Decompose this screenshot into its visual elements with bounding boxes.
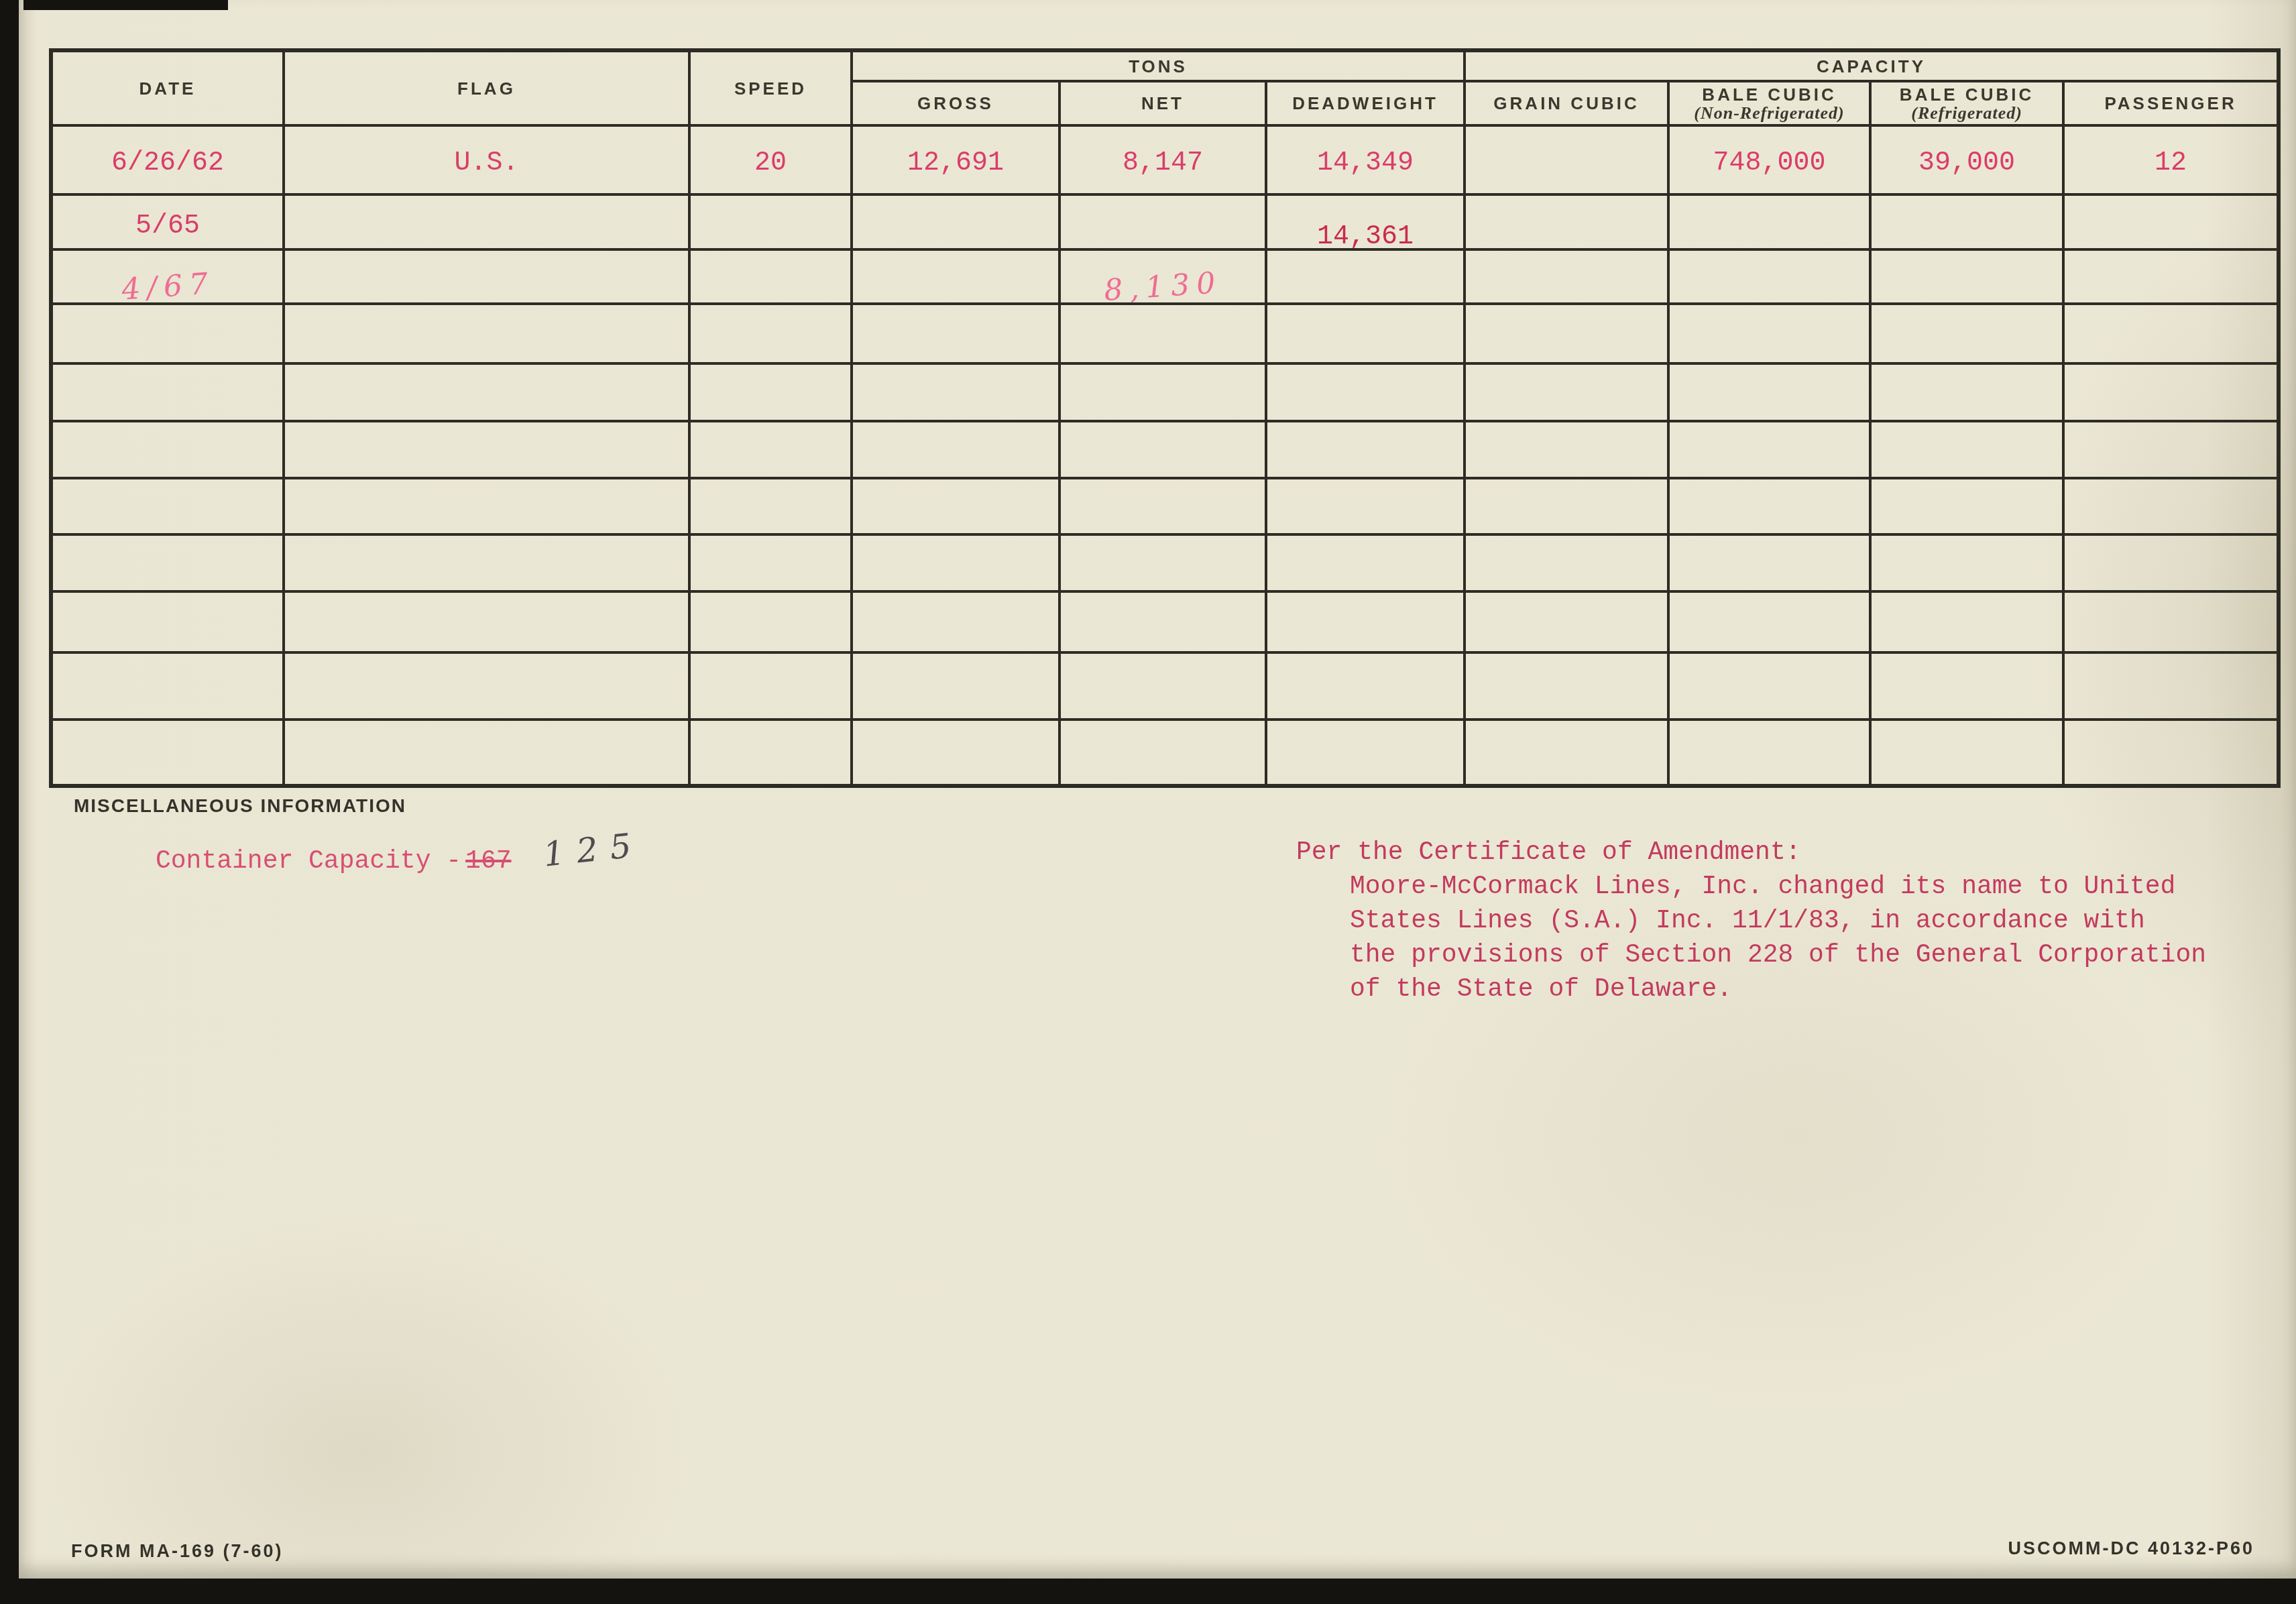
cell-grain-cubic xyxy=(1465,478,1668,534)
cell-value: U.S. xyxy=(454,148,518,178)
container-capacity-line: Container Capacity -167125 xyxy=(156,837,644,876)
cell-deadweight xyxy=(1266,534,1465,591)
container-capacity-old-value: 167 xyxy=(465,847,511,876)
col-header-date: DATE xyxy=(51,50,284,125)
amendment-line: Moore-McCormack Lines, Inc. changed its … xyxy=(1350,870,2206,904)
cell-gross: 12,691 xyxy=(852,125,1059,194)
amendment-line: States Lines (S.A.) Inc. 11/1/83, in acc… xyxy=(1350,904,2206,938)
cell-value: 39,000 xyxy=(1918,148,2015,178)
cell-value: 6/26/62 xyxy=(111,148,224,178)
cell-net xyxy=(1059,304,1266,363)
cell-grain-cubic xyxy=(1465,363,1668,421)
col-header-bale-ref: BALE CUBIC(Refrigerated) xyxy=(1870,81,2063,125)
cell-grain-cubic xyxy=(1465,249,1668,304)
cell-date xyxy=(51,652,284,720)
col-header-bale-nonref-label: BALE CUBIC xyxy=(1702,84,1836,105)
form-number: FORM MA-169 (7-60) xyxy=(71,1541,284,1562)
cell-grain-cubic xyxy=(1465,125,1668,194)
cell-value: 12,691 xyxy=(907,148,1004,178)
cell-flag xyxy=(284,249,689,304)
col-header-net: NET xyxy=(1059,81,1266,125)
cell-grain-cubic xyxy=(1465,194,1668,249)
cell-net xyxy=(1059,652,1266,720)
cell-date xyxy=(51,363,284,421)
cell-value: 20 xyxy=(754,148,787,178)
cell-gross xyxy=(852,591,1059,652)
cell-flag xyxy=(284,720,689,786)
cell-grain-cubic xyxy=(1465,591,1668,652)
cell-bale-nonref xyxy=(1668,194,1870,249)
cell-net xyxy=(1059,194,1266,249)
amendment-line: of the State of Delaware. xyxy=(1350,972,2206,1007)
col-header-flag: FLAG xyxy=(284,50,689,125)
cell-flag xyxy=(284,652,689,720)
table-body: 6/26/62U.S.2012,6918,14714,349748,00039,… xyxy=(51,125,2279,786)
cell-bale-ref xyxy=(1870,720,2063,786)
cell-net xyxy=(1059,534,1266,591)
cell-net xyxy=(1059,363,1266,421)
cell-deadweight xyxy=(1266,421,1465,478)
amendment-line: Per the Certificate of Amendment: xyxy=(1296,836,2206,870)
container-capacity-new-value: 125 xyxy=(541,825,645,874)
cell-date xyxy=(51,478,284,534)
cell-passenger xyxy=(2063,591,2279,652)
cell-date: 4/67 xyxy=(51,249,284,304)
cell-speed xyxy=(689,421,852,478)
cell-bale-nonref xyxy=(1668,720,1870,786)
cell-passenger xyxy=(2063,652,2279,720)
cell-speed xyxy=(689,363,852,421)
table-row xyxy=(51,304,2279,363)
cell-bale-ref: 39,000 xyxy=(1870,125,2063,194)
table-row xyxy=(51,591,2279,652)
group-header-tons: TONS xyxy=(852,50,1465,81)
cell-gross xyxy=(852,720,1059,786)
cell-date: 6/26/62 xyxy=(51,125,284,194)
cell-value: 8,147 xyxy=(1123,148,1203,178)
table-row xyxy=(51,534,2279,591)
cell-value: 748,000 xyxy=(1713,148,1826,178)
cell-speed xyxy=(689,591,852,652)
cell-speed xyxy=(689,534,852,591)
cell-value: 5/65 xyxy=(135,211,200,241)
cell-gross xyxy=(852,363,1059,421)
cell-speed xyxy=(689,194,852,249)
cell-value: 12 xyxy=(2155,148,2187,178)
cell-passenger: 12 xyxy=(2063,125,2279,194)
print-code: USCOMM-DC 40132-P60 xyxy=(2008,1538,2254,1559)
cell-gross xyxy=(852,249,1059,304)
table-row: 4/678,130 xyxy=(51,249,2279,304)
cell-deadweight xyxy=(1266,652,1465,720)
cell-passenger xyxy=(2063,478,2279,534)
cell-deadweight xyxy=(1266,363,1465,421)
cell-passenger xyxy=(2063,304,2279,363)
cell-bale-ref xyxy=(1870,652,2063,720)
cell-flag xyxy=(284,478,689,534)
cell-value: 8,130 xyxy=(1103,266,1223,308)
cell-bale-nonref xyxy=(1668,304,1870,363)
cell-bale-nonref xyxy=(1668,363,1870,421)
cell-bale-nonref xyxy=(1668,652,1870,720)
cell-date xyxy=(51,591,284,652)
cell-gross xyxy=(852,421,1059,478)
cell-grain-cubic xyxy=(1465,652,1668,720)
cell-speed xyxy=(689,478,852,534)
cell-bale-ref xyxy=(1870,249,2063,304)
cell-date xyxy=(51,304,284,363)
table-row xyxy=(51,652,2279,720)
cell-grain-cubic xyxy=(1465,304,1668,363)
table-row: 6/26/62U.S.2012,6918,14714,349748,00039,… xyxy=(51,125,2279,194)
cell-value: 4/67 xyxy=(120,266,215,307)
cell-bale-ref xyxy=(1870,363,2063,421)
cell-deadweight xyxy=(1266,720,1465,786)
cell-grain-cubic xyxy=(1465,421,1668,478)
cell-date: 5/65 xyxy=(51,194,284,249)
cell-flag xyxy=(284,534,689,591)
table-row xyxy=(51,720,2279,786)
cell-gross xyxy=(852,652,1059,720)
cell-flag xyxy=(284,304,689,363)
cell-passenger xyxy=(2063,249,2279,304)
table-row xyxy=(51,363,2279,421)
cell-bale-ref xyxy=(1870,194,2063,249)
col-header-grain-cubic: GRAIN CUBIC xyxy=(1465,81,1668,125)
cell-gross xyxy=(852,534,1059,591)
cell-value: 14,349 xyxy=(1317,148,1414,178)
cell-passenger xyxy=(2063,363,2279,421)
cell-bale-ref xyxy=(1870,304,2063,363)
cell-flag xyxy=(284,421,689,478)
container-capacity-label: Container Capacity - xyxy=(156,847,461,876)
col-header-bale-nonref-sublabel: (Non-Refrigerated) xyxy=(1670,105,1869,122)
table-row xyxy=(51,478,2279,534)
col-header-speed: SPEED xyxy=(689,50,852,125)
table-row xyxy=(51,421,2279,478)
cell-flag xyxy=(284,363,689,421)
cell-value: 14,361 xyxy=(1317,222,1414,252)
cell-passenger xyxy=(2063,720,2279,786)
cell-bale-nonref xyxy=(1668,478,1870,534)
col-header-bale-ref-label: BALE CUBIC xyxy=(1900,84,2034,105)
cell-grain-cubic xyxy=(1465,720,1668,786)
cell-date xyxy=(51,534,284,591)
cell-passenger xyxy=(2063,194,2279,249)
cell-bale-ref xyxy=(1870,534,2063,591)
cell-net xyxy=(1059,591,1266,652)
cell-speed xyxy=(689,652,852,720)
cell-bale-ref xyxy=(1870,421,2063,478)
cell-bale-nonref xyxy=(1668,421,1870,478)
cell-flag xyxy=(284,194,689,249)
cell-net: 8,147 xyxy=(1059,125,1266,194)
vessel-record-table: DATE FLAG SPEED TONS CAPACITY GROSS NET … xyxy=(49,48,2281,788)
col-header-bale-ref-sublabel: (Refrigerated) xyxy=(1872,105,2062,122)
cell-passenger xyxy=(2063,534,2279,591)
cell-speed xyxy=(689,720,852,786)
table-row: 5/6514,361 xyxy=(51,194,2279,249)
cell-gross xyxy=(852,194,1059,249)
cell-flag: U.S. xyxy=(284,125,689,194)
col-header-gross: GROSS xyxy=(852,81,1059,125)
col-header-bale-nonref: BALE CUBIC(Non-Refrigerated) xyxy=(1668,81,1870,125)
cell-net xyxy=(1059,478,1266,534)
cell-bale-nonref xyxy=(1668,249,1870,304)
cell-deadweight xyxy=(1266,478,1465,534)
cell-date xyxy=(51,720,284,786)
cell-bale-nonref xyxy=(1668,591,1870,652)
scanned-form-page: DATE FLAG SPEED TONS CAPACITY GROSS NET … xyxy=(19,0,2296,1579)
cell-deadweight xyxy=(1266,591,1465,652)
cell-deadweight: 14,349 xyxy=(1266,125,1465,194)
cell-net: 8,130 xyxy=(1059,249,1266,304)
amendment-line: the provisions of Section 228 of the Gen… xyxy=(1350,938,2206,972)
cell-passenger xyxy=(2063,421,2279,478)
cell-bale-ref xyxy=(1870,591,2063,652)
cell-net xyxy=(1059,421,1266,478)
cell-grain-cubic xyxy=(1465,534,1668,591)
cell-gross xyxy=(852,304,1059,363)
cell-date xyxy=(51,421,284,478)
cell-gross xyxy=(852,478,1059,534)
col-header-deadweight: DEADWEIGHT xyxy=(1266,81,1465,125)
misc-section-heading: MISCELLANEOUS INFORMATION xyxy=(74,795,406,817)
cell-deadweight xyxy=(1266,304,1465,363)
cell-bale-nonref: 748,000 xyxy=(1668,125,1870,194)
cell-net xyxy=(1059,720,1266,786)
cell-deadweight xyxy=(1266,249,1465,304)
cell-speed: 20 xyxy=(689,125,852,194)
group-header-capacity: CAPACITY xyxy=(1465,50,2279,81)
cell-bale-nonref xyxy=(1668,534,1870,591)
cell-speed xyxy=(689,249,852,304)
amendment-note: Per the Certificate of Amendment:Moore-M… xyxy=(1296,836,2206,1007)
group-header-row: DATE FLAG SPEED TONS CAPACITY xyxy=(51,50,2279,81)
table-header: DATE FLAG SPEED TONS CAPACITY GROSS NET … xyxy=(51,50,2279,125)
cell-deadweight: 14,361 xyxy=(1266,194,1465,249)
col-header-passenger: PASSENGER xyxy=(2063,81,2279,125)
cell-bale-ref xyxy=(1870,478,2063,534)
cell-speed xyxy=(689,304,852,363)
cell-flag xyxy=(284,591,689,652)
scanner-edge-artifact xyxy=(23,0,228,10)
